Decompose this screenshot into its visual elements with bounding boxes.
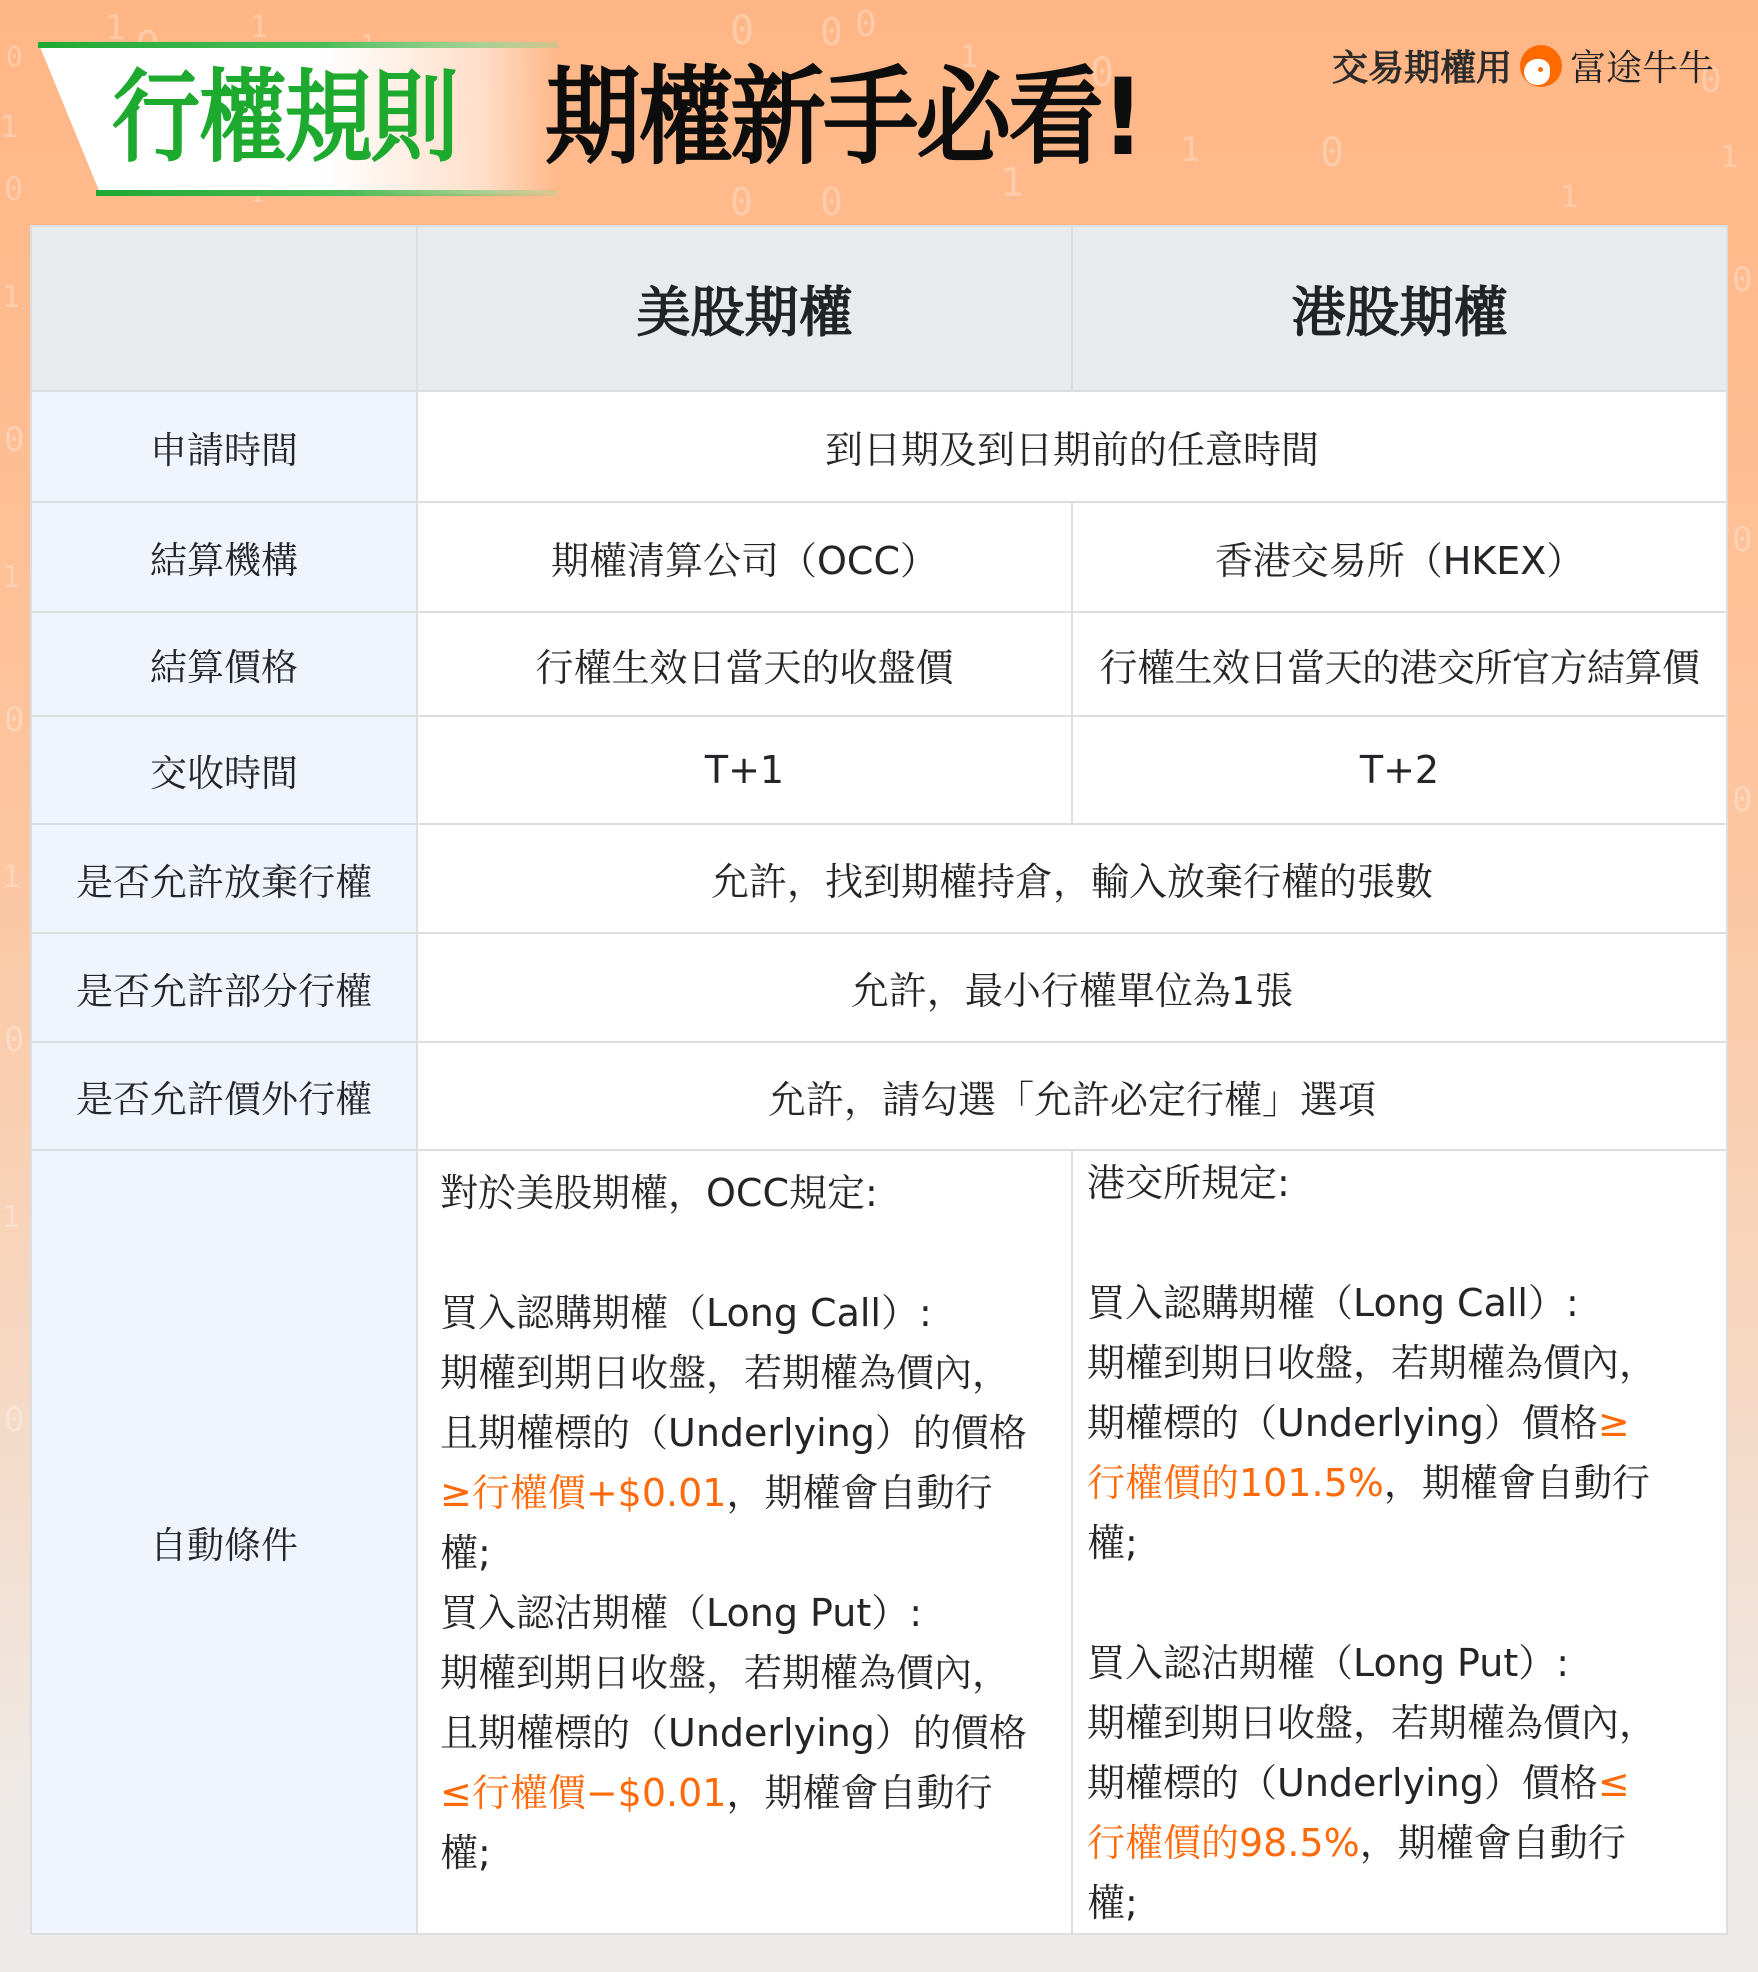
- cell-merged: 允許，找到期權持倉，輸入放棄行權的張數: [417, 824, 1727, 933]
- rule-intro: 港交所規定:: [1087, 1153, 1718, 1213]
- row-label: 自動條件: [31, 1150, 417, 1934]
- column-header-us-options: 美股期權: [417, 226, 1072, 391]
- put-line: 且期權標的（Underlying）的價格: [440, 1703, 1063, 1763]
- cell-hk: 行權生效日當天的港交所官方結算價: [1072, 612, 1727, 716]
- call-line: 期權到期日收盤，若期權為價內，: [440, 1343, 1063, 1403]
- row-label: 申請時間: [31, 391, 417, 502]
- cell-us: 期權清算公司（OCC）: [417, 502, 1072, 612]
- column-header-hk-options: 港股期權: [1072, 226, 1727, 391]
- cell-us: 行權生效日當天的收盤價: [417, 612, 1072, 716]
- table-row: 是否允許部分行權 允許，最小行權單位為1張: [31, 933, 1727, 1042]
- row-label: 是否允許部分行權: [31, 933, 417, 1042]
- row-label: 是否允許價外行權: [31, 1042, 417, 1150]
- page-title: 期權新手必看!: [545, 58, 1142, 178]
- call-condition: 行權價的101.5%，期權會自動行: [1087, 1453, 1718, 1513]
- put-line: 期權到期日收盤，若期權為價內，: [440, 1643, 1063, 1703]
- put-threshold: ≤行權價−$0.01: [440, 1771, 726, 1815]
- table-row: 結算價格 行權生效日當天的收盤價 行權生效日當天的港交所官方結算價: [31, 612, 1727, 716]
- call-line: 期權到期日收盤，若期權為價內，: [1087, 1333, 1718, 1393]
- call-line: 且期權標的（Underlying）的價格: [440, 1403, 1063, 1463]
- call-condition: ≥行權價+$0.01，期權會自動行: [440, 1463, 1063, 1523]
- cell-hk: 香港交易所（HKEX）: [1072, 502, 1727, 612]
- table-row-auto-exercise: 自動條件 對於美股期權，OCC規定: 買入認購期權（Long Call）: 期權…: [31, 1150, 1727, 1934]
- put-condition: ≤行權價−$0.01，期權會自動行: [440, 1763, 1063, 1823]
- bull-logo-icon: [1520, 45, 1562, 87]
- cell-merged: 允許，請勾選「允許必定行權」選項: [417, 1042, 1727, 1150]
- row-label: 結算機構: [31, 502, 417, 612]
- call-title: 買入認購期權（Long Call）:: [1087, 1273, 1718, 1333]
- brand-prefix: 交易期權用: [1332, 40, 1512, 91]
- put-line: 期權到期日收盤，若期權為價內，: [1087, 1693, 1718, 1753]
- exercise-rules-table: 美股期權 港股期權 申請時間 到日期及到日期前的任意時間 結算機構 期權清算公司…: [30, 225, 1728, 1935]
- cell-merged: 到日期及到日期前的任意時間: [417, 391, 1727, 502]
- cell-us: T+1: [417, 716, 1072, 824]
- call-threshold: 行權價的101.5%: [1087, 1461, 1384, 1505]
- title-banner-top-stripe: [38, 42, 558, 48]
- table-row: 是否允許放棄行權 允許，找到期權持倉，輸入放棄行權的張數: [31, 824, 1727, 933]
- title-highlight: 行權規則: [112, 58, 457, 178]
- row-label: 交收時間: [31, 716, 417, 824]
- rule-intro: 對於美股期權，OCC規定:: [440, 1163, 1063, 1223]
- call-line: 期權標的（Underlying）價格≥: [1087, 1393, 1718, 1453]
- table-row: 申請時間 到日期及到日期前的任意時間: [31, 391, 1727, 502]
- table-row: 是否允許價外行權 允許，請勾選「允許必定行權」選項: [31, 1042, 1727, 1150]
- column-header-empty: [31, 226, 417, 391]
- call-threshold: ≥行權價+$0.01: [440, 1471, 726, 1515]
- put-title: 買入認沽期權（Long Put）:: [440, 1583, 1063, 1643]
- call-title: 買入認購期權（Long Call）:: [440, 1283, 1063, 1343]
- cell-hk: T+2: [1072, 716, 1727, 824]
- table-row: 結算機構 期權清算公司（OCC） 香港交易所（HKEX）: [31, 502, 1727, 612]
- put-line: 期權標的（Underlying）價格≤: [1087, 1753, 1718, 1813]
- row-label: 是否允許放棄行權: [31, 824, 417, 933]
- cell-merged: 允許，最小行權單位為1張: [417, 933, 1727, 1042]
- brand-name: 富途牛牛: [1570, 40, 1714, 91]
- put-threshold: 行權價的98.5%: [1087, 1821, 1360, 1865]
- cell-us-auto-rules: 對於美股期權，OCC規定: 買入認購期權（Long Call）: 期權到期日收盤…: [417, 1150, 1072, 1934]
- row-label: 結算價格: [31, 612, 417, 716]
- put-title: 買入認沽期權（Long Put）:: [1087, 1633, 1718, 1693]
- cell-hk-auto-rules: 港交所規定: 買入認購期權（Long Call）: 期權到期日收盤，若期權為價內…: [1072, 1150, 1727, 1934]
- header: 行權規則 期權新手必看! 交易期權用 富途牛牛: [0, 0, 1758, 225]
- title-banner-bottom-stripe: [96, 190, 558, 196]
- table-header-row: 美股期權 港股期權: [31, 226, 1727, 391]
- put-condition: 行權價的98.5%，期權會自動行: [1087, 1813, 1718, 1873]
- table-row: 交收時間 T+1 T+2: [31, 716, 1727, 824]
- brand-tagline: 交易期權用 富途牛牛: [1332, 40, 1714, 91]
